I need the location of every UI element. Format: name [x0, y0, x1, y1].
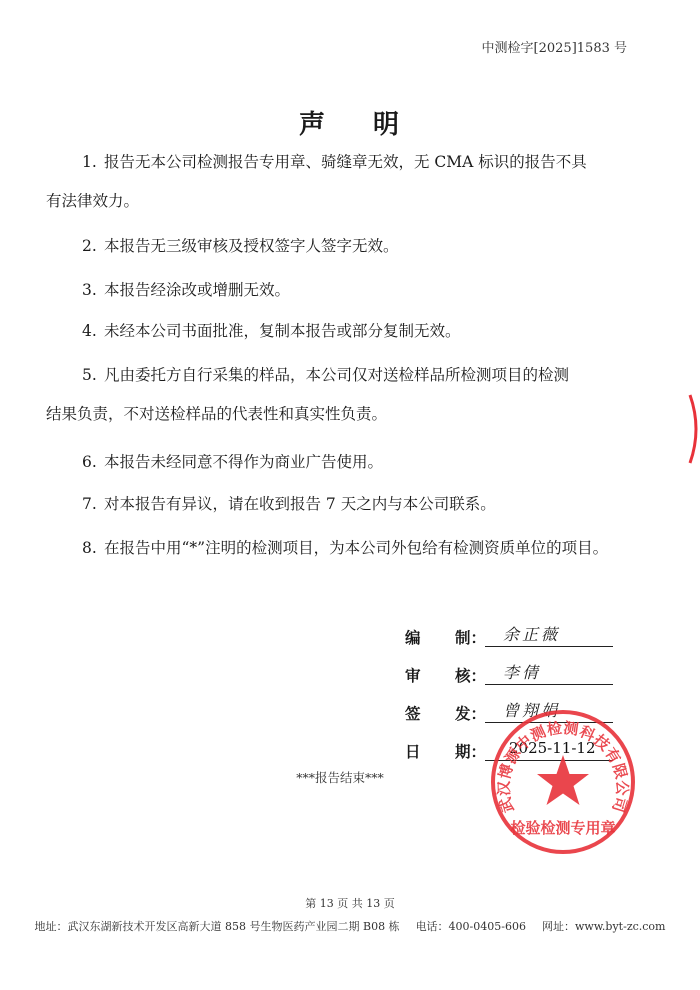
statement-text: 未经本公司书面批准，复制本报告或部分复制无效。 — [104, 322, 461, 340]
signature-line — [485, 646, 613, 647]
report-end-mark: ***报告结束*** — [0, 768, 680, 786]
statement-3: 3.本报告经涂改或增删无效。 — [82, 280, 642, 300]
label-char: 期： — [455, 740, 486, 762]
prepared-label: 编制： — [405, 626, 421, 648]
statement-text: 报告无本公司检测报告专用章、骑缝章无效，无 CMA 标识的报告不具 — [104, 153, 587, 171]
reviewed-label: 审核： — [405, 664, 421, 686]
label-char: 审 — [405, 667, 421, 685]
footer-website: 网址：www.byt-zc.com — [542, 920, 666, 933]
signature-line — [485, 684, 613, 685]
statement-4: 4.未经本公司书面批准，复制本报告或部分复制无效。 — [82, 321, 642, 341]
statement-text: 本报告无三级审核及授权签字人签字无效。 — [104, 237, 399, 255]
statement-1: 1.报告无本公司检测报告专用章、骑缝章无效，无 CMA 标识的报告不具 有法律效… — [82, 152, 642, 211]
approved-label: 签发： — [405, 702, 421, 724]
footer-phone: 电话：400-0405-606 — [416, 920, 526, 933]
label-char: 签 — [405, 705, 421, 723]
signature-reviewed: 审核： 李倩 — [405, 658, 615, 686]
date-label: 日期： — [405, 740, 421, 762]
signature-date: 日期： 2025-11-12 — [405, 734, 615, 762]
statement-8: 8.在报告中用“*”注明的检测项目，为本公司外包给有检测资质单位的项目。 — [82, 538, 662, 558]
label-char: 日 — [405, 743, 421, 761]
statement-text: 本报告经涂改或增删无效。 — [104, 281, 290, 299]
statement-5: 5.凡由委托方自行采集的样品，本公司仅对送检样品所检测项目的检测 结果负责，不对… — [82, 365, 642, 424]
seal-purpose: 检验检测专用章 — [510, 819, 615, 837]
label-char: 制： — [455, 626, 486, 648]
title-char-1: 声 — [299, 104, 327, 141]
label-char: 编 — [405, 629, 421, 647]
title-char-2: 明 — [373, 104, 401, 141]
footer-contact: 地址：武汉东湖新技术开发区高新大道 858 号生物医药产业园二期 B08 栋电话… — [0, 918, 700, 934]
report-number: 中测检字[2025]1583 号 — [482, 37, 627, 56]
statement-text-cont: 有法律效力。 — [46, 191, 606, 211]
prepared-signature: 余正薇 — [503, 622, 560, 645]
statement-text-cont: 结果负责，不对送检样品的代表性和真实性负责。 — [46, 404, 606, 424]
signature-line — [485, 722, 613, 723]
signature-approved: 签发： 曾翔娟 — [405, 696, 615, 724]
signature-line — [485, 760, 613, 761]
footer-address: 地址：武汉东湖新技术开发区高新大道 858 号生物医药产业园二期 B08 栋 — [35, 920, 400, 933]
report-date: 2025-11-12 — [509, 739, 595, 757]
reviewed-signature: 李倩 — [503, 660, 541, 683]
statement-7: 7.对本报告有异议，请在收到报告 7 天之内与本公司联系。 — [82, 494, 642, 514]
statement-number: 2. — [82, 236, 104, 256]
statement-text: 凡由委托方自行采集的样品，本公司仅对送检样品所检测项目的检测 — [104, 366, 569, 384]
statement-number: 8. — [82, 538, 104, 558]
label-char: 发： — [455, 702, 486, 724]
statement-number: 4. — [82, 321, 104, 341]
seam-seal-fragment-icon — [688, 393, 700, 465]
statement-6: 6.本报告未经同意不得作为商业广告使用。 — [82, 452, 642, 472]
page-title: 声明 — [0, 104, 700, 141]
statement-number: 6. — [82, 452, 104, 472]
statement-text: 本报告未经同意不得作为商业广告使用。 — [104, 453, 383, 471]
statement-number: 1. — [82, 152, 104, 172]
page-number: 第 13 页 共 13 页 — [0, 895, 700, 911]
approved-signature: 曾翔娟 — [503, 698, 560, 721]
label-char: 核： — [455, 664, 486, 686]
statement-number: 5. — [82, 365, 104, 385]
statement-number: 7. — [82, 494, 104, 514]
statement-number: 3. — [82, 280, 104, 300]
signature-prepared: 编制： 余正薇 — [405, 620, 615, 648]
statement-text: 在报告中用“*”注明的检测项目，为本公司外包给有检测资质单位的项目。 — [104, 539, 608, 557]
statement-text: 对本报告有异议，请在收到报告 7 天之内与本公司联系。 — [104, 495, 496, 513]
statement-2: 2.本报告无三级审核及授权签字人签字无效。 — [82, 236, 642, 256]
